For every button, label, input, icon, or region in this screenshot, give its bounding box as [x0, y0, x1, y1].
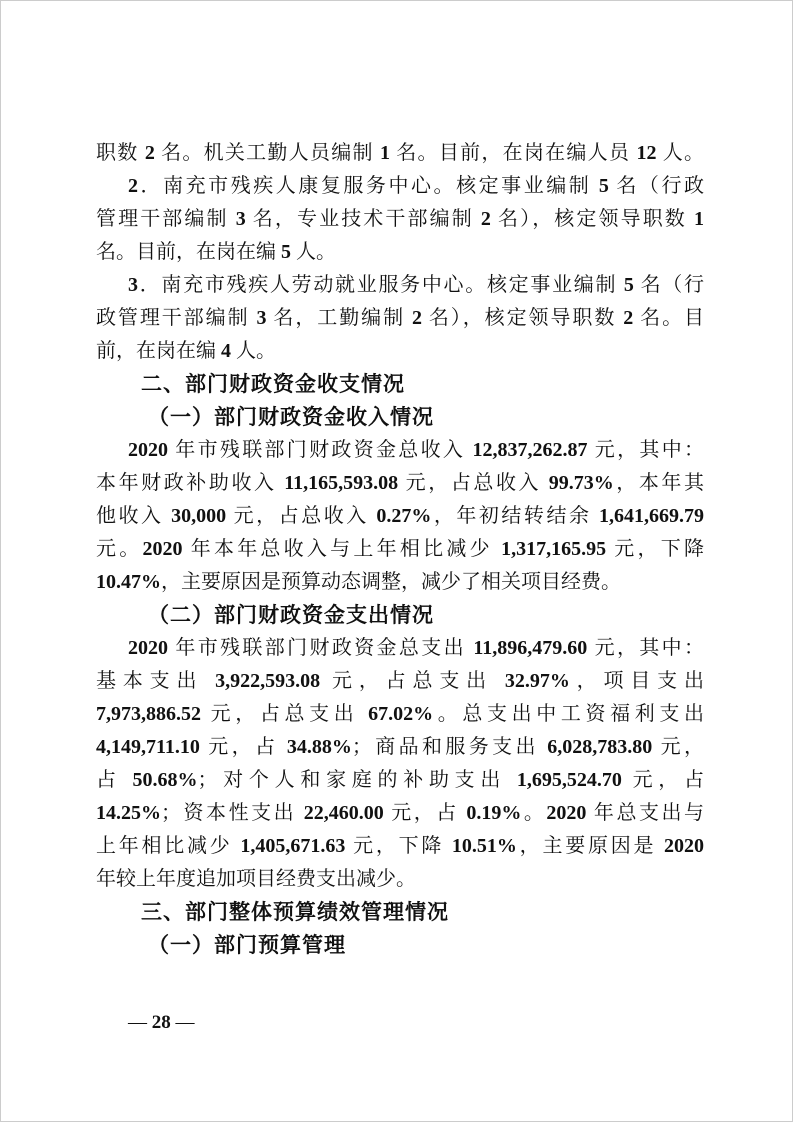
paragraph-line: 2020 年市残联部门财政资金总收入 12,837,262.87 元，其中： [96, 434, 704, 467]
paragraph-line: 政管理干部编制 3 名，工勤编制 2 名），核定领导职数 2 名。目 [96, 302, 704, 335]
paragraph-line: 10.47%，主要原因是预算动态调整，减少了相关项目经费。 [96, 566, 704, 599]
subsection-heading: （一）部门财政资金收入情况 [96, 401, 704, 434]
paragraph-line: 年较上年度追加项目经费支出减少。 [96, 863, 704, 896]
paragraph-line: 他收入 30,000 元，占总收入 0.27%，年初结转结余 1,641,669… [96, 500, 704, 533]
paragraph-line: 前，在岗在编 4 人。 [96, 335, 704, 368]
subsection-heading: （二）部门财政资金支出情况 [96, 599, 704, 632]
paragraph-line: 3．南充市残疾人劳动就业服务中心。核定事业编制 5 名（行 [96, 269, 704, 302]
paragraph-line: 管理干部编制 3 名，专业技术干部编制 2 名），核定领导职数 1 [96, 203, 704, 236]
page-number: — 28 — [128, 1011, 195, 1035]
paragraph-line: 职数 2 名。机关工勤人员编制 1 名。目前，在岗在编人员 12 人。 [96, 137, 704, 170]
paragraph-line: 本年财政补助收入 11,165,593.08 元，占总收入 99.73%，本年其 [96, 467, 704, 500]
paragraph-line: 基本支出 3,922,593.08 元，占总支出 32.97%，项目支出 [96, 665, 704, 698]
paragraph-line: 名。目前，在岗在编 5 人。 [96, 236, 704, 269]
subsection-heading: （一）部门预算管理 [96, 929, 704, 962]
document-body: 职数 2 名。机关工勤人员编制 1 名。目前，在岗在编人员 12 人。 2．南充… [96, 137, 704, 962]
paragraph-line: 元。2020 年本年总收入与上年相比减少 1,317,165.95 元，下降 [96, 533, 704, 566]
paragraph-line: 上年相比减少 1,405,671.63 元，下降 10.51%，主要原因是 20… [96, 830, 704, 863]
paragraph-line: 7,973,886.52 元，占总支出 67.02%。总支出中工资福利支出 [96, 698, 704, 731]
paragraph-line: 占 50.68%；对个人和家庭的补助支出 1,695,524.70 元，占 [96, 764, 704, 797]
paragraph-line: 2020 年市残联部门财政资金总支出 11,896,479.60 元，其中： [96, 632, 704, 665]
paragraph-line: 14.25%；资本性支出 22,460.00 元，占 0.19%。2020 年总… [96, 797, 704, 830]
section-heading: 三、部门整体预算绩效管理情况 [96, 896, 704, 929]
paragraph-line: 2．南充市残疾人康复服务中心。核定事业编制 5 名（行政 [96, 170, 704, 203]
section-heading: 二、部门财政资金收支情况 [96, 368, 704, 401]
paragraph-line: 4,149,711.10 元，占 34.88%；商品和服务支出 6,028,78… [96, 731, 704, 764]
document-page: 职数 2 名。机关工勤人员编制 1 名。目前，在岗在编人员 12 人。 2．南充… [0, 0, 793, 1122]
